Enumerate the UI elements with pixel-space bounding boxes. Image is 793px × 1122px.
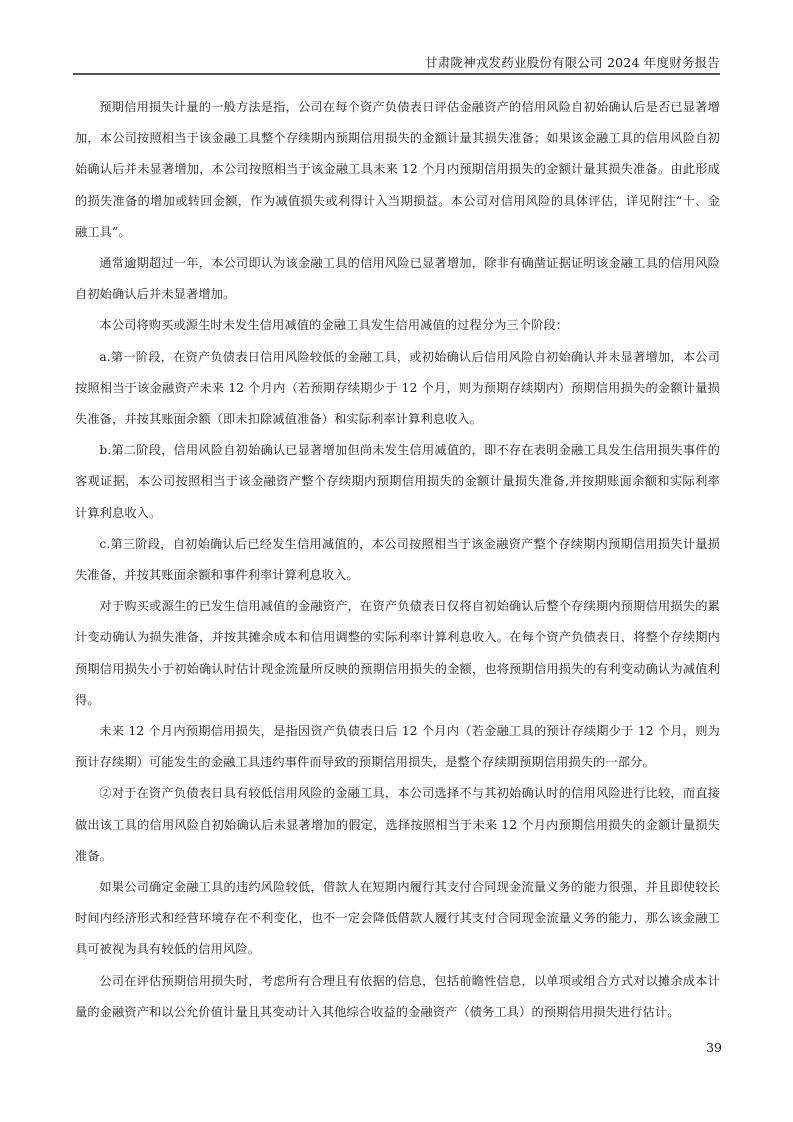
document-body: 预期信用损失计量的一般方法是指，公司在每个资产负债表日评估金融资产的信用风险自初… <box>75 92 720 1028</box>
paragraph-low-default-risk: 如果公司确定金融工具的违约风险较低，借款人在短期内履行其支付合同现金流量义务的能… <box>75 872 720 966</box>
report-title: 甘肃陇神戎发药业股份有限公司 2024 年度财务报告 <box>425 55 720 70</box>
paragraph-ecl-assessment: 公司在评估预期信用损失时，考虑所有合理且有依据的信息，包括前瞻性信息，以单项或组… <box>75 966 720 1028</box>
paragraph-12-month-ecl: 未来 12 个月内预期信用损失，是指因资产负债表日后 12 个月内（若金融工具的… <box>75 716 720 778</box>
paragraph-stage-b: b.第二阶段，信用风险自初始确认已显著增加但尚未发生信用减值的，即不存在表明金融… <box>75 435 720 529</box>
paragraph-three-stages-intro: 本公司将购买或源生时未发生信用减值的金融工具发生信用减值的过程分为三个阶段： <box>75 310 720 341</box>
paragraph-low-credit-risk: ②对于在资产负债表日具有较低信用风险的金融工具，本公司选择不与其初始确认时的信用… <box>75 778 720 872</box>
paragraph-overdue: 通常逾期超过一年，本公司即认为该金融工具的信用风险已显著增加，除非有确凿证据证明… <box>75 248 720 310</box>
paragraph-stage-c: c.第三阶段，自初始确认后已经发生信用减值的，本公司按照相当于该金融资产整个存续… <box>75 529 720 591</box>
paragraph-general-method: 预期信用损失计量的一般方法是指，公司在每个资产负债表日评估金融资产的信用风险自初… <box>75 92 720 248</box>
paragraph-purchased-impaired: 对于购买或源生的已发生信用减值的金融资产，在资产负债表日仅将自初始确认后整个存续… <box>75 591 720 716</box>
page-header: 甘肃陇神戎发药业股份有限公司 2024 年度财务报告 <box>73 52 720 75</box>
paragraph-stage-a: a.第一阶段，在资产负债表日信用风险较低的金融工具，或初始确认后信用风险自初始确… <box>75 342 720 436</box>
page-number: 39 <box>700 1040 722 1055</box>
